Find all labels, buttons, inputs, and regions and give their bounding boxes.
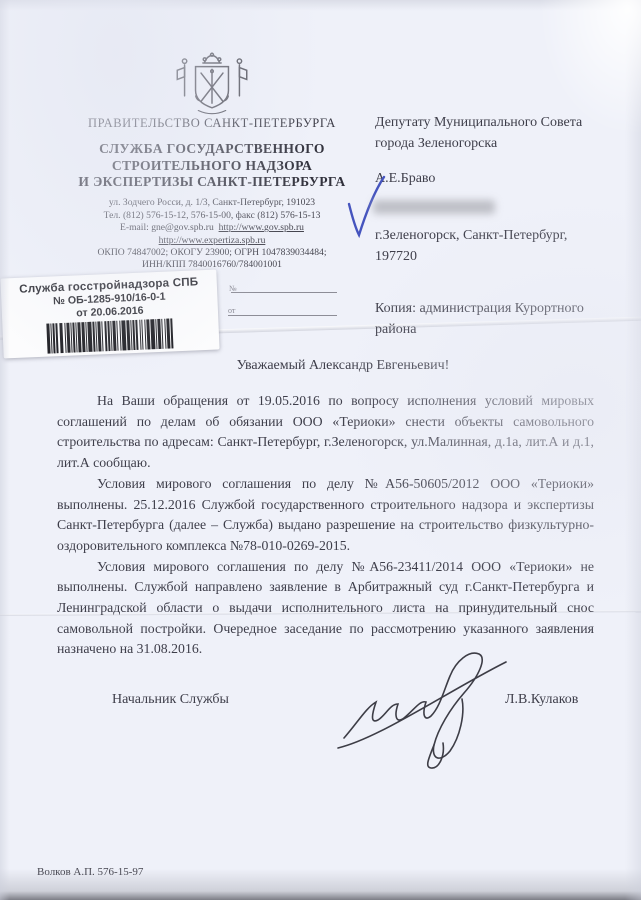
email: E-mail: gne@gov.spb.ru [120,222,214,233]
signer-name: Л.В.Кулаков [505,692,578,708]
ref-date-line [228,315,337,316]
spb-coat-of-arms-icon [172,52,252,116]
service-name-line: СТРОИТЕЛЬНОГО НАДЗОРА [68,158,356,175]
registration-codes: ОКПО 74847002; ОКОГУ 23900; ОГРН 1047839… [68,247,356,272]
recipient-name: А.Е.Браво [375,168,625,189]
paragraph: Условия мирового соглашения по делу №А56… [57,557,594,661]
okpo-line: ОКПО 74847002; ОКОГУ 23900; ОГРН 1047839… [68,247,356,259]
registration-sticker: Служба госстройнадзора СПБ № ОБ-1285-910… [0,270,219,359]
scanned-letter: ПРАВИТЕЛЬСТВО САНКТ-ПЕТЕРБУРГА СЛУЖБА ГО… [0,0,641,900]
executor-contact: Волков А.П. 576-15-97 [37,866,143,878]
recipient-title-line: Депутату Муниципального Совета [375,112,625,133]
barcode [46,318,175,353]
website-expertiza: http://www.expertiza.spb.ru [68,235,356,248]
recipient-city: г.Зеленогорск, Санкт-Петербург, [375,225,625,246]
signer-position: Начальник Службы [112,692,229,708]
recipient-title-line: города Зеленогорска [375,133,625,154]
letter-body: На Ваши обращения от 19.05.2016 по вопро… [57,391,594,660]
salutation: Уважаемый Александр Евгеньевич! [57,358,593,374]
paragraph: Условия мирового соглашения по делу №А56… [57,474,594,557]
service-name: СЛУЖБА ГОСУДАРСТВЕННОГО СТРОИТЕЛЬНОГО НА… [68,141,356,191]
ref-number-line [231,292,337,293]
redacted-address [373,200,495,214]
paragraph: На Ваши обращения от 19.05.2016 по вопро… [57,391,594,474]
recipient-block: Депутату Муниципального Совета города Зе… [375,112,625,340]
service-name-line: И ЭКСПЕРТИЗЫ САНКТ-ПЕТЕРБУРГА [68,174,356,191]
email-web-line: E-mail: gne@gov.spb.ru http://www.gov.sp… [68,222,356,235]
recipient-postcode: 197720 [375,246,625,267]
service-name-line: СЛУЖБА ГОСУДАРСТВЕННОГО [68,141,356,158]
signature-handwriting [332,648,514,770]
postal-address: ул. Зодчего Росси, д. 1/3, Санкт-Петербу… [68,197,356,210]
copy-recipient-line2: района [375,319,625,340]
copy-recipient: Копия: администрация Курортного [375,298,625,319]
phone-fax: Тел. (812) 576-15-12, 576-15-00, факс (8… [68,210,356,223]
contact-block: ул. Зодчего Росси, д. 1/3, Санкт-Петербу… [68,197,356,247]
government-title: ПРАВИТЕЛЬСТВО САНКТ-ПЕТЕРБУРГА [68,116,356,131]
website-gov: http://www.gov.spb.ru [219,222,304,233]
ref-date-label: от [228,306,235,315]
